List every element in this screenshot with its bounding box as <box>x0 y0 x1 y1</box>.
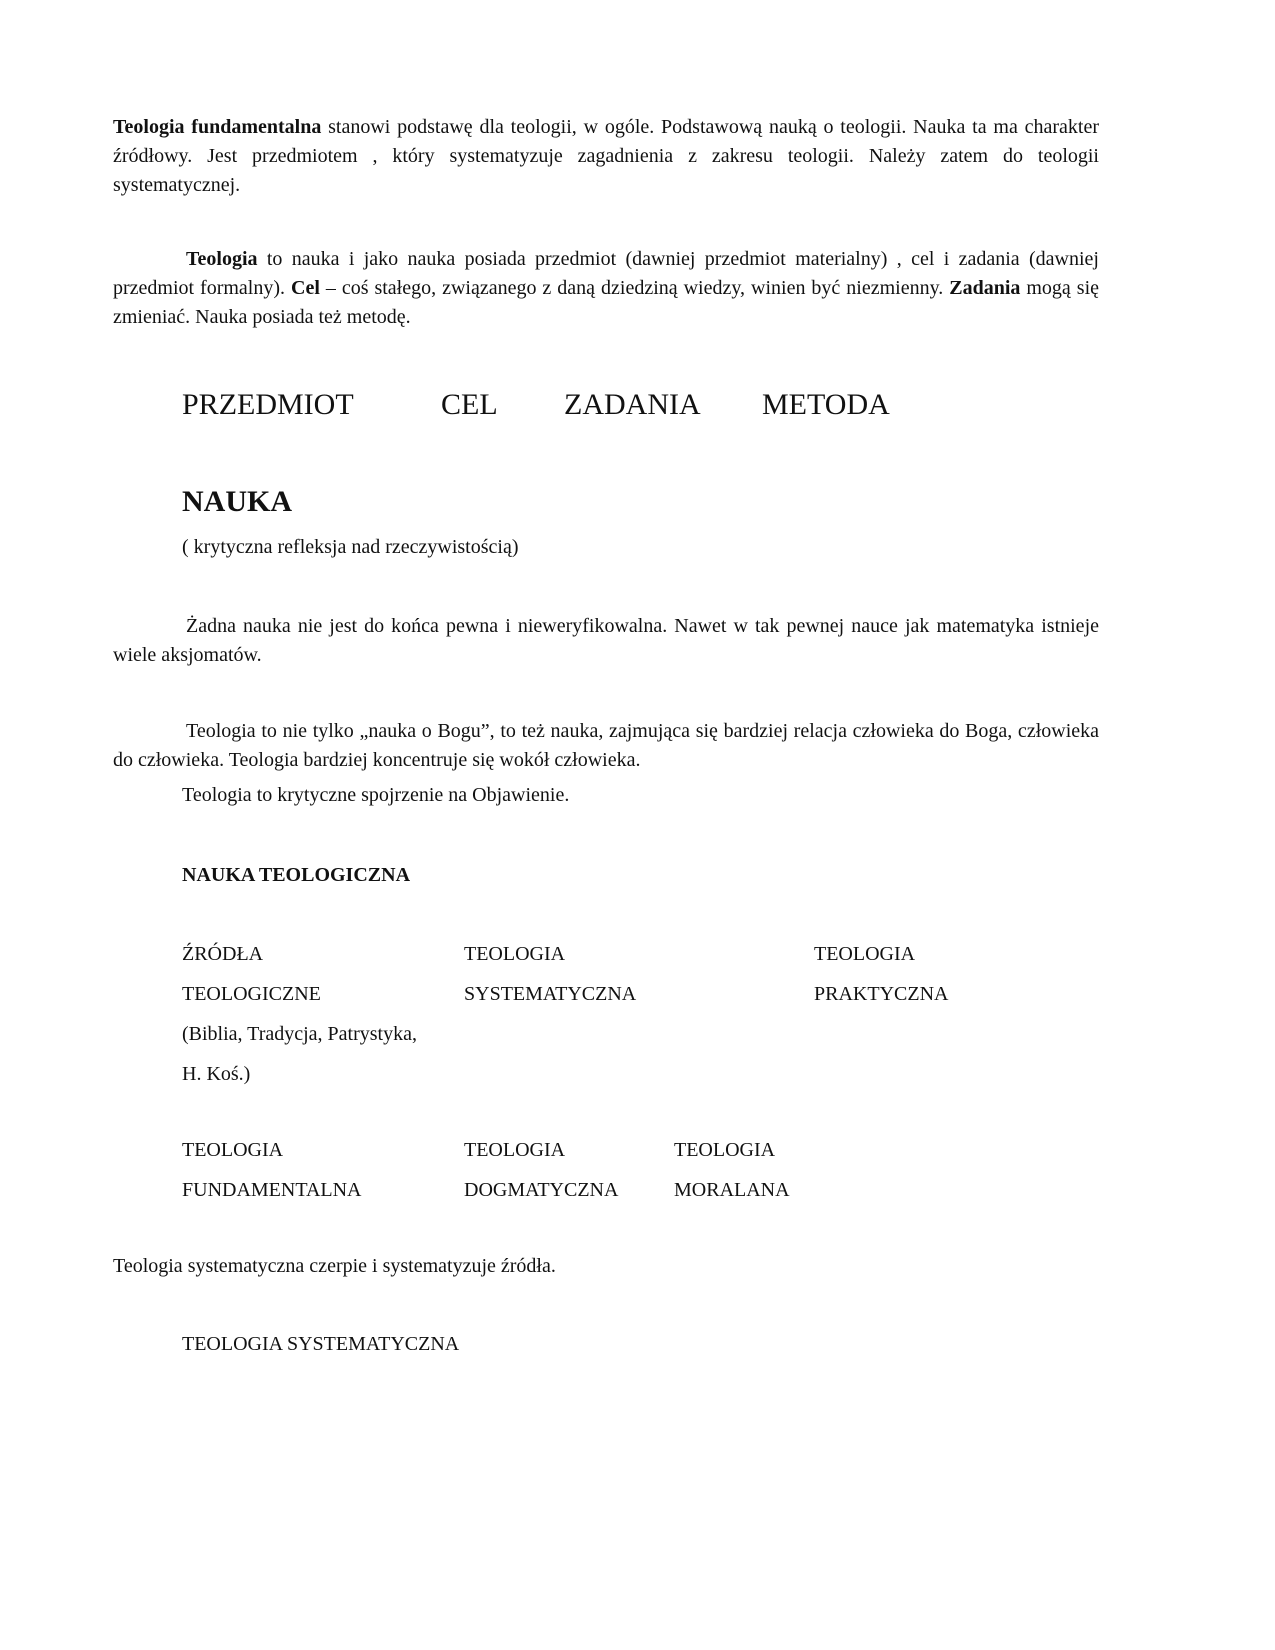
heading-przedmiot: PRZEDMIOT <box>182 388 354 422</box>
bold-term: Teologia fundamentalna <box>113 116 321 138</box>
branch-systematyczna: TEOLOGIA SYSTEMATYCZNA <box>464 934 636 1014</box>
paragraph-relations: Teologia to nie tylko „nauka o Bogu”, to… <box>113 717 1099 775</box>
branch-praktyczna: TEOLOGIA PRAKTYCZNA <box>814 934 948 1014</box>
paragraph-certainty: Żadna nauka nie jest do końca pewna i ni… <box>113 612 1099 670</box>
branch-fundamentalna: TEOLOGIA FUNDAMENTALNA <box>182 1130 362 1210</box>
section-subtitle: ( krytyczna refleksja nad rzeczywistości… <box>182 536 519 559</box>
paragraph-definition: Teologia to nauka i jako nauka posiada p… <box>113 245 1099 332</box>
heading-teologia-systematyczna: TEOLOGIA SYSTEMATYCZNA <box>182 1333 459 1356</box>
heading-metoda: METODA <box>762 388 890 422</box>
branch-dogmatyczna: TEOLOGIA DOGMATYCZNA <box>464 1130 618 1210</box>
paragraph-revelation: Teologia to krytyczne spojrzenie na Obja… <box>182 784 569 807</box>
section-title-nauka: NAUKA <box>182 485 292 519</box>
paragraph-systematic: Teologia systematyczna czerpie i systema… <box>113 1255 556 1278</box>
heading-zadania: ZADANIA <box>564 388 701 422</box>
heading-cel: CEL <box>441 388 498 422</box>
heading-nauka-teologiczna: NAUKA TEOLOGICZNA <box>182 864 410 887</box>
paragraph-intro: Teologia fundamentalna stanowi podstawę … <box>113 113 1099 200</box>
branch-zrodla: ŹRÓDŁA TEOLOGICZNE (Biblia, Tradycja, Pa… <box>182 934 417 1094</box>
document-page: Teologia fundamentalna stanowi podstawę … <box>0 0 1275 1650</box>
branch-moralna: TEOLOGIA MORALANA <box>674 1130 790 1210</box>
